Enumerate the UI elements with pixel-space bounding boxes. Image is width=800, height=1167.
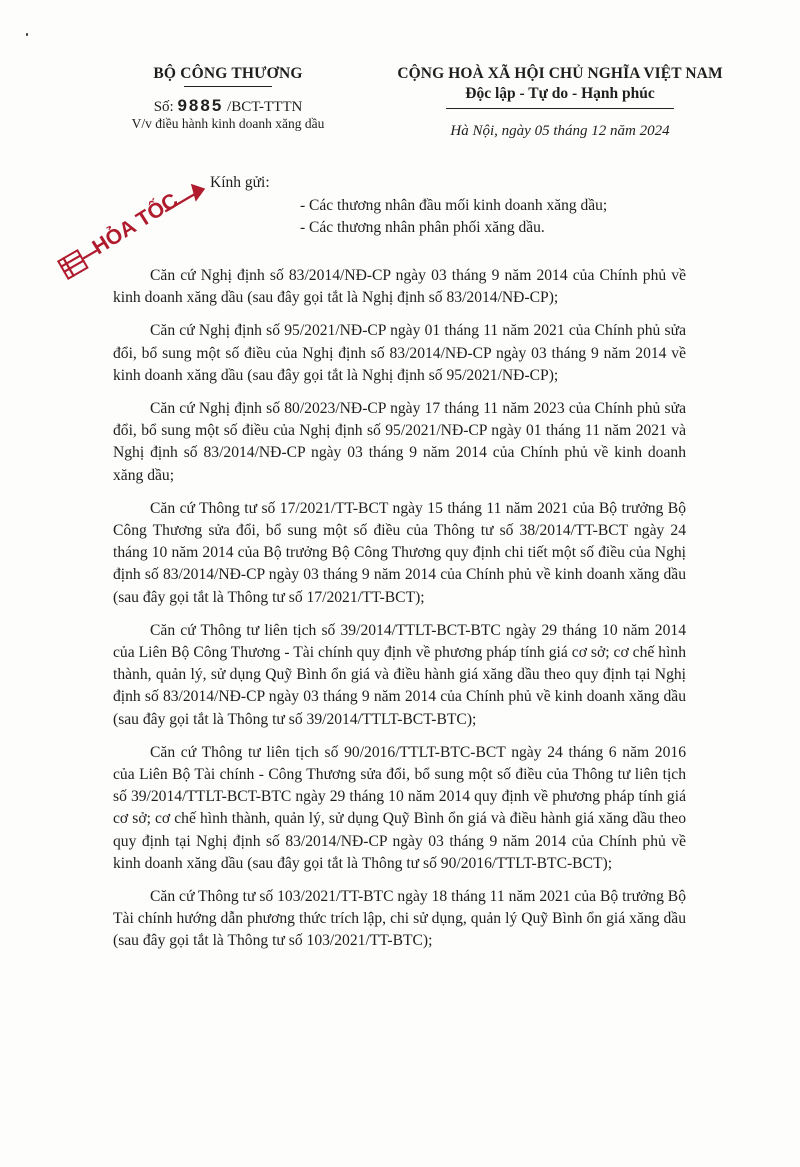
dateline: Hà Nội, ngày 05 tháng 12 năm 2024 (360, 122, 760, 140)
legal-basis-paragraph: Căn cứ Nghị định số 83/2014/NĐ-CP ngày 0… (113, 265, 686, 309)
recipient-item: - Các thương nhân đầu mối kinh doanh xăn… (300, 195, 607, 217)
nation-title: CỘNG HOÀ XÃ HỘI CHỦ NGHĨA VIỆT NAM (360, 64, 760, 84)
doc-number-prefix: Số: (154, 99, 174, 115)
document-number: Số: 9885 /BCT-TTTN (98, 97, 358, 116)
recipients-list: - Các thương nhân đầu mối kinh doanh xăn… (300, 195, 607, 239)
scan-speck (26, 33, 28, 36)
legal-basis-paragraph: Căn cứ Nghị định số 95/2021/NĐ-CP ngày 0… (113, 320, 686, 387)
document-page: BỘ CÔNG THƯƠNG Số: 9885 /BCT-TTTN V/v đi… (0, 0, 800, 1167)
legal-basis-paragraph: Căn cứ Nghị định số 80/2023/NĐ-CP ngày 1… (113, 398, 686, 487)
national-motto: Độc lập - Tự do - Hạnh phúc (360, 84, 760, 104)
national-header: CỘNG HOÀ XÃ HỘI CHỦ NGHĨA VIỆT NAM Độc l… (360, 64, 760, 140)
motto-underline (446, 108, 674, 109)
doc-number-value: 9885 (177, 96, 223, 115)
ministry-underline (184, 86, 272, 87)
recipients-label: Kính gửi: (210, 174, 270, 192)
stamp-text: HỎA TỐC (88, 188, 182, 259)
recipient-item: - Các thương nhân phân phối xăng dầu. (300, 217, 607, 239)
document-body: Căn cứ Nghị định số 83/2014/NĐ-CP ngày 0… (113, 265, 686, 964)
doc-number-suffix: /BCT-TTTN (227, 99, 302, 115)
ministry-name: BỘ CÔNG THƯƠNG (98, 64, 358, 84)
legal-basis-paragraph: Căn cứ Thông tư số 103/2021/TT-BTC ngày … (113, 886, 686, 953)
issuer-block: BỘ CÔNG THƯƠNG Số: 9885 /BCT-TTTN V/v đi… (98, 64, 358, 131)
legal-basis-paragraph: Căn cứ Thông tư số 17/2021/TT-BCT ngày 1… (113, 498, 686, 609)
legal-basis-paragraph: Căn cứ Thông tư liên tịch số 90/2016/TTL… (113, 742, 686, 875)
legal-basis-paragraph: Căn cứ Thông tư liên tịch số 39/2014/TTL… (113, 620, 686, 731)
document-subject: V/v điều hành kinh doanh xăng dầu (98, 116, 358, 131)
